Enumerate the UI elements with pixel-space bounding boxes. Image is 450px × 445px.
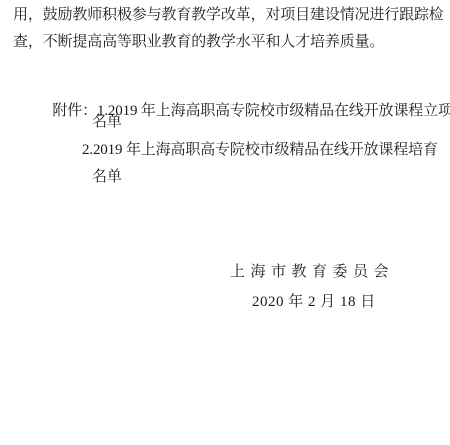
attachments-label: 附件： <box>52 103 97 119</box>
attachment-item-1-continuation: 名单 <box>92 114 122 130</box>
attachment-item-2: 2.2019 年上海高职高专院校市级精品在线开放课程培育 <box>82 142 438 158</box>
document-page: 用，鼓励教师积极参与教育教学改革，对项目建设情况进行跟踪检 查，不断提高高等职业… <box>0 0 450 445</box>
issuer-signature: 上海市教育委员会 <box>230 264 394 280</box>
body-text-line: 查，不断提高高等职业教育的教学水平和人才培养质量。 <box>13 34 384 50</box>
attachment-item-1-text: 1.2019 年上海高职高专院校市级精品在线开放课程立项 <box>97 103 450 119</box>
document-date: 2020 年 2 月 18 日 <box>252 294 376 310</box>
attachment-item-2-continuation: 名单 <box>92 169 122 185</box>
body-text-line: 用，鼓励教师积极参与教育教学改革，对项目建设情况进行跟踪检 <box>13 7 444 23</box>
